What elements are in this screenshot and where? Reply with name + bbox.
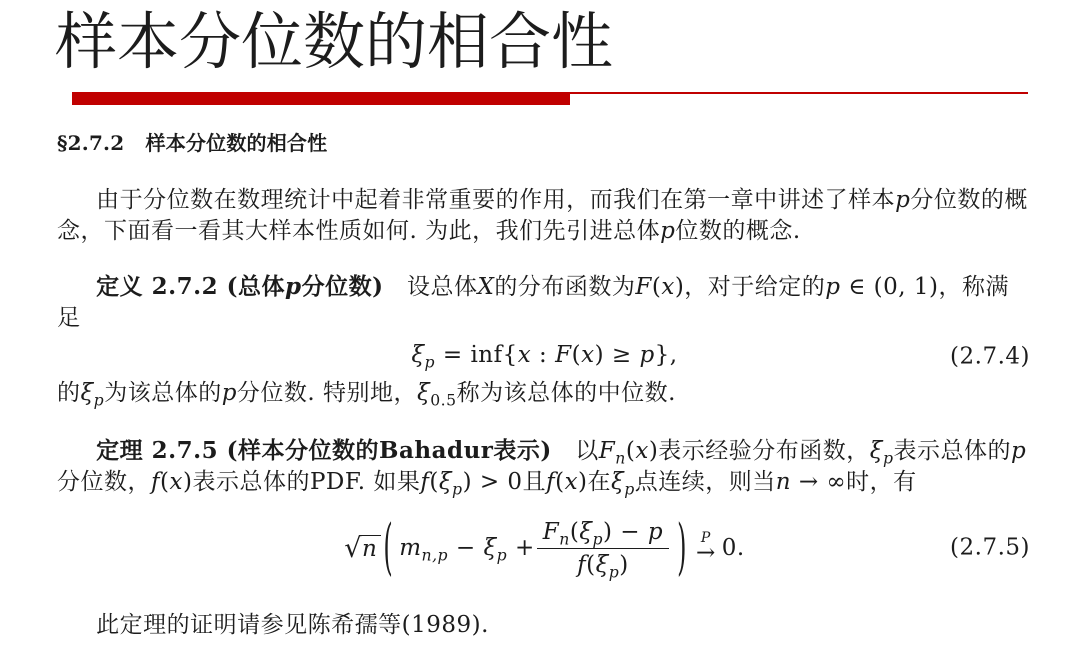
arrow-icon: → [696,542,716,565]
equation-2-7-4-body: ξp = inf{x : F(x) ≥ p}, [411,340,677,371]
slide-body: §2.7.2 样本分位数的相合性 由于分位数在数理统计中起着非常重要的作用，而我… [57,122,1032,641]
radicand: n [360,535,381,562]
equation-2-7-5: √n ( mn,p − ξp + Fn(ξp) − p f(ξp) ) P → … [57,506,1032,590]
fraction-denominator: f(ξp) [577,549,629,579]
equation-2-7-5-body: √n ( mn,p − ξp + Fn(ξp) − p f(ξp) ) P → … [344,518,744,579]
definition-paragraph: 定义 2.7.2 (总体p分位数) 设总体X的分布函数为F(x)，对于给定的p … [57,271,1032,334]
fraction-numerator: Fn(ξp) − p [537,518,669,549]
section-number: §2.7.2 [57,131,124,155]
section-heading: §2.7.2 样本分位数的相合性 [57,128,1032,159]
slide-title: 样本分位数的相合性 [55,2,613,82]
fraction: Fn(ξp) − p f(ξp) [537,518,669,579]
pre-fraction-terms: mn,p − ξp + [399,533,535,564]
theorem-paragraph: 定理 2.7.5 (样本分位数的Bahadur表示) 以Fn(x)表示经验分布函… [57,435,1032,498]
title-underline-thick-bar [72,92,570,105]
definition-continuation: 的ξp为该总体的p分位数. 特别地，ξ0.5称为该总体的中位数. [57,378,1032,409]
sqrt-n-term: √n [344,535,381,562]
left-paren: ( [382,508,394,587]
equation-2-7-4: ξp = inf{x : F(x) ≥ p}, (2.7.4) [57,340,1032,374]
closing-paragraph: 此定理的证明请参见陈希孺等(1989). [57,610,1032,641]
equation-2-7-4-number: (2.7.4) [950,342,1030,373]
converges-in-probability-arrow: P → [696,531,716,565]
equation-2-7-5-number: (2.7.5) [950,533,1030,564]
title-underline-rule [72,92,1028,105]
title-underline-thin-line [570,92,1028,94]
equation-2-7-5-rhs: 0. [722,533,745,564]
intro-paragraph: 由于分位数在数理统计中起着非常重要的作用，而我们在第一章中讲述了样本p分位数的概… [57,185,1032,247]
section-heading-title: 样本分位数的相合性 [146,131,328,155]
right-paren: ) [676,508,688,587]
